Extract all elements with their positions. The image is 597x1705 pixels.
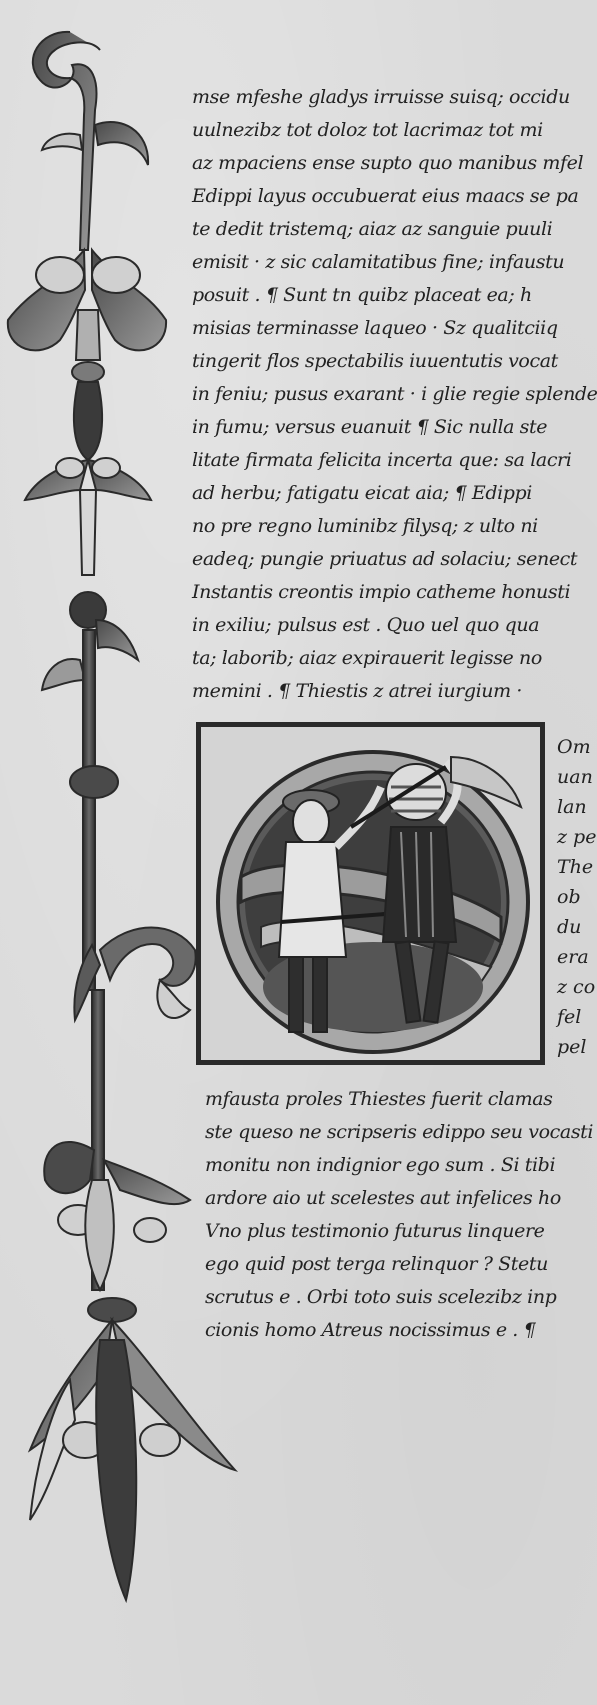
text-line: eadeq; pungie priuatus ad solaciu; senec… (192, 548, 577, 570)
side-text-line: era (557, 946, 589, 968)
text-line: in exiliu; pulsus est . Quo uel quo qua (192, 614, 539, 636)
text-line: uulnezibz tot doloz tot lacrimaz tot mi (192, 119, 543, 141)
text-line: Instantis creontis impio catheme honusti (192, 581, 570, 603)
text-line: az mpaciens ense supto quo manibus mfel (192, 152, 583, 174)
text-line: in fumu; versus euanuit ¶ Sic nulla ste (192, 416, 547, 438)
side-text-line: ob (557, 886, 581, 908)
text-line: Edippi layus occubuerat eius maacs se pa (192, 185, 578, 207)
text-line: litate firmata felicita incerta que: sa … (192, 449, 571, 471)
historiated-initial-miniature (196, 722, 545, 1065)
text-line: ste queso ne scripseris edippo seu vocas… (205, 1121, 593, 1143)
side-text-line: pel (557, 1036, 586, 1058)
text-line: ego quid post terga relinquor ? Stetu (205, 1253, 548, 1275)
text-line: tingerit flos spectabilis iuuentutis voc… (192, 350, 558, 372)
side-text-line: uan (557, 766, 593, 788)
text-line: mfausta proles Thiestes fuerit clamas (205, 1088, 553, 1110)
side-text-line: z pe (557, 826, 596, 848)
text-line: te dedit tristemq; aiaz az sanguie puuli (192, 218, 552, 240)
text-line: ad herbu; fatigatu eicat aia; ¶ Edippi (192, 482, 532, 504)
side-text-line: The (557, 856, 593, 878)
text-line: no pre regno luminibz filysq; z ulto ni (192, 515, 538, 537)
text-line: posuit . ¶ Sunt tn quibz placeat ea; h (192, 284, 532, 306)
text-line: in feniu; pusus exarant · i glie regie s… (192, 383, 597, 405)
text-line: cionis homo Atreus nocissimus e . ¶ (205, 1319, 535, 1341)
side-text-line: fel (557, 1006, 581, 1028)
text-line: Vno plus testimonio futurus linquere (205, 1220, 545, 1242)
side-text-line: du (557, 916, 581, 938)
text-line: ta; laborib; aiaz expirauerit legisse no (192, 647, 542, 669)
text-line: mse mfeshe gladys irruisse suisq; occidu (192, 86, 570, 108)
side-text-line: z co (557, 976, 595, 998)
side-text-line: Om (557, 736, 591, 758)
text-line: ardore aio ut scelestes aut infelices ho (205, 1187, 561, 1209)
text-line: memini . ¶ Thiestis z atrei iurgium · (192, 680, 522, 702)
text-line: monitu non indignior ego sum . Si tibi (205, 1154, 555, 1176)
combat-scene-illustration-icon (201, 727, 540, 1060)
text-line: scrutus e . Orbi toto suis scelezibz inp (205, 1286, 556, 1308)
side-text-line: lan (557, 796, 587, 818)
text-line: misias terminasse laqueo · Sz qualitciiq (192, 317, 558, 339)
manuscript-page: mse mfeshe gladys irruisse suisq; occidu… (0, 0, 597, 1705)
text-line: emisit · z sic calamitatibus fine; infau… (192, 251, 564, 273)
